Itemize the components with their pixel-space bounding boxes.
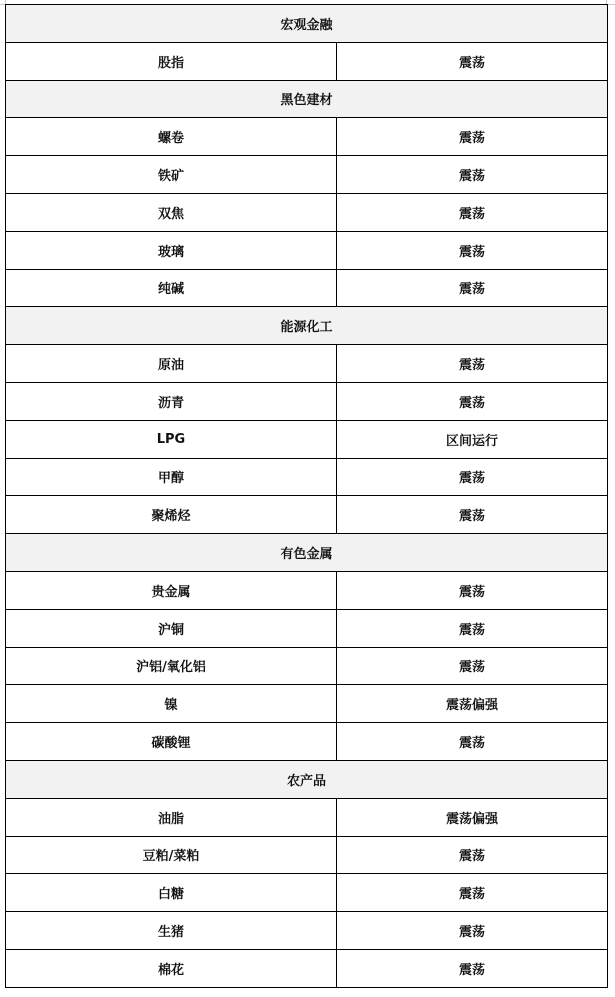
trend-value: 震荡 xyxy=(337,269,608,307)
trend-value: 震荡 xyxy=(337,382,608,420)
table-row: 铁矿 震荡 xyxy=(6,156,608,194)
commodity-name: 沥青 xyxy=(6,382,337,420)
trend-value: 震荡偏强 xyxy=(337,685,608,723)
trend-value: 震荡 xyxy=(337,156,608,194)
table-row: 沪铜 震荡 xyxy=(6,609,608,647)
trend-value: 震荡 xyxy=(337,458,608,496)
commodity-name: 原油 xyxy=(6,345,337,383)
section-header-row: 黑色建材 xyxy=(6,80,608,118)
section-title: 有色金属 xyxy=(6,534,608,572)
table-row: 螺卷 震荡 xyxy=(6,118,608,156)
trend-value: 震荡 xyxy=(337,912,608,950)
table-row: 纯碱 震荡 xyxy=(6,269,608,307)
table-row: LPG 区间运行 xyxy=(6,420,608,458)
section-header-row: 有色金属 xyxy=(6,534,608,572)
commodity-name: 生猪 xyxy=(6,912,337,950)
table-row: 豆粕/菜粕 震荡 xyxy=(6,836,608,874)
commodity-name: 镍 xyxy=(6,685,337,723)
commodity-name: 贵金属 xyxy=(6,571,337,609)
table-row: 沥青 震荡 xyxy=(6,382,608,420)
section-header-row: 农产品 xyxy=(6,760,608,798)
commodity-name: 玻璃 xyxy=(6,231,337,269)
table-row: 生猪 震荡 xyxy=(6,912,608,950)
trend-value: 震荡偏强 xyxy=(337,798,608,836)
commodity-name: 棉花 xyxy=(6,949,337,987)
table-row: 玻璃 震荡 xyxy=(6,231,608,269)
trend-value: 震荡 xyxy=(337,496,608,534)
table-row: 碳酸锂 震荡 xyxy=(6,723,608,761)
table-row: 股指 震荡 xyxy=(6,42,608,80)
table-row: 油脂 震荡偏强 xyxy=(6,798,608,836)
commodity-name: 纯碱 xyxy=(6,269,337,307)
trend-value: 震荡 xyxy=(337,42,608,80)
table-row: 聚烯烃 震荡 xyxy=(6,496,608,534)
table-row: 贵金属 震荡 xyxy=(6,571,608,609)
commodity-name: 豆粕/菜粕 xyxy=(6,836,337,874)
table-row: 甲醇 震荡 xyxy=(6,458,608,496)
commodity-name: 沪铝/氧化铝 xyxy=(6,647,337,685)
trend-value: 震荡 xyxy=(337,647,608,685)
commodity-name: 铁矿 xyxy=(6,156,337,194)
commodity-name: 螺卷 xyxy=(6,118,337,156)
section-title: 农产品 xyxy=(6,760,608,798)
section-title: 黑色建材 xyxy=(6,80,608,118)
section-title: 宏观金融 xyxy=(6,5,608,43)
trend-value: 震荡 xyxy=(337,193,608,231)
commodity-name: 股指 xyxy=(6,42,337,80)
trend-value: 震荡 xyxy=(337,231,608,269)
trend-value: 震荡 xyxy=(337,836,608,874)
commodity-trend-table: 宏观金融 股指 震荡 黑色建材 螺卷 震荡 铁矿 震荡 双焦 震荡 玻璃 震荡 … xyxy=(5,4,608,988)
trend-value: 震荡 xyxy=(337,118,608,156)
section-header-row: 能源化工 xyxy=(6,307,608,345)
commodity-name: LPG xyxy=(6,420,337,458)
trend-value: 震荡 xyxy=(337,571,608,609)
table-row: 镍 震荡偏强 xyxy=(6,685,608,723)
trend-value: 震荡 xyxy=(337,345,608,383)
section-header-row: 宏观金融 xyxy=(6,5,608,43)
trend-value: 震荡 xyxy=(337,949,608,987)
commodity-name: 沪铜 xyxy=(6,609,337,647)
commodity-name: 双焦 xyxy=(6,193,337,231)
table-row: 原油 震荡 xyxy=(6,345,608,383)
table-row: 沪铝/氧化铝 震荡 xyxy=(6,647,608,685)
table-row: 棉花 震荡 xyxy=(6,949,608,987)
trend-value: 震荡 xyxy=(337,723,608,761)
commodity-name: 聚烯烃 xyxy=(6,496,337,534)
commodity-name: 甲醇 xyxy=(6,458,337,496)
trend-value: 震荡 xyxy=(337,874,608,912)
trend-value: 区间运行 xyxy=(337,420,608,458)
commodity-name: 油脂 xyxy=(6,798,337,836)
commodity-name: 碳酸锂 xyxy=(6,723,337,761)
table-row: 双焦 震荡 xyxy=(6,193,608,231)
trend-value: 震荡 xyxy=(337,609,608,647)
commodity-name: 白糖 xyxy=(6,874,337,912)
section-title: 能源化工 xyxy=(6,307,608,345)
table-row: 白糖 震荡 xyxy=(6,874,608,912)
